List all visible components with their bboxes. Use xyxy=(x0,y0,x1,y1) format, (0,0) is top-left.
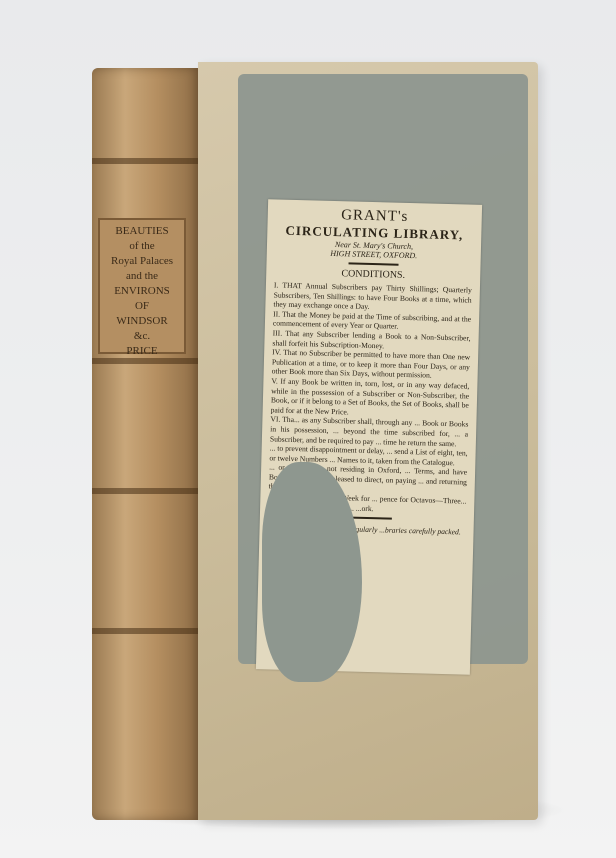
spine-line: Royal Palaces xyxy=(100,254,184,269)
spine-line: OF xyxy=(100,299,184,314)
photo-scene: BEAUTIES of the Royal Palaces and the EN… xyxy=(0,0,616,858)
book-spine: BEAUTIES of the Royal Palaces and the EN… xyxy=(92,68,202,820)
spine-line: &c. xyxy=(100,329,184,344)
spine-line: ENVIRONS xyxy=(100,284,184,299)
conditions-heading: CONDITIONS. xyxy=(274,266,472,282)
spine-title-label: BEAUTIES of the Royal Palaces and the EN… xyxy=(98,218,186,354)
front-board: GRANT's CIRCULATING LIBRARY, Near St. Ma… xyxy=(198,62,538,820)
spine-band xyxy=(92,628,202,634)
spine-band xyxy=(92,488,202,494)
condition-item: V. If any Book be written in, torn, lost… xyxy=(271,376,470,420)
spine-band xyxy=(92,158,202,164)
spine-line: and the xyxy=(100,269,184,284)
ornamental-rule xyxy=(349,262,399,265)
spine-line: PRICE xyxy=(100,344,184,359)
spine-line: WINDSOR xyxy=(100,314,184,329)
spine-line: of the xyxy=(100,239,184,254)
spine-line: BEAUTIES xyxy=(100,224,184,239)
